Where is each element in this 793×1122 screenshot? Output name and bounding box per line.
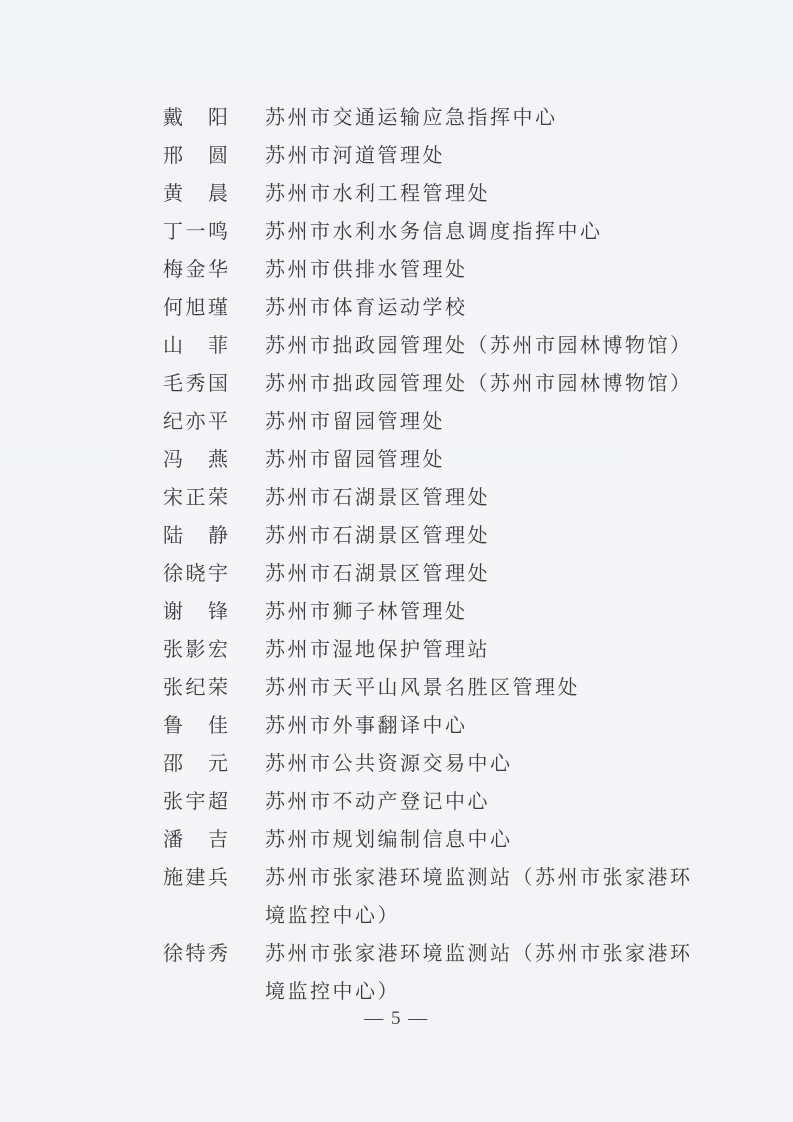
list-item: 徐晓宇苏州市石湖景区管理处 [163,555,699,593]
award-roster-list: 戴 阳苏州市交通运输应急指挥中心邢 圆苏州市河道管理处黄 晨苏州市水利工程管理处… [163,99,699,1011]
person-name: 邵 元 [163,745,231,783]
person-name: 丁一鸣 [163,213,231,251]
person-name: 纪亦平 [163,403,231,441]
person-name: 黄 晨 [163,175,231,213]
page-number: — 5 — [0,1004,793,1034]
list-item: 冯 燕苏州市留园管理处 [163,441,699,479]
person-name: 梅金华 [163,251,231,289]
organization-name: 苏州市石湖景区管理处 [265,555,699,593]
organization-name: 苏州市石湖景区管理处 [265,479,699,517]
list-item: 邵 元苏州市公共资源交易中心 [163,745,699,783]
person-name: 潘 吉 [163,821,231,859]
person-name: 冯 燕 [163,441,231,479]
organization-name: 苏州市规划编制信息中心 [265,821,699,859]
person-name: 山 菲 [163,327,231,365]
person-name: 戴 阳 [163,99,231,137]
list-item: 鲁 佳苏州市外事翻译中心 [163,707,699,745]
organization-name: 苏州市拙政园管理处（苏州市园林博物馆） [265,365,699,403]
list-item: 丁一鸣苏州市水利水务信息调度指挥中心 [163,213,699,251]
list-item: 张纪荣苏州市天平山风景名胜区管理处 [163,669,699,707]
person-name: 张纪荣 [163,669,231,707]
list-item: 潘 吉苏州市规划编制信息中心 [163,821,699,859]
person-name: 何旭瑾 [163,289,231,327]
person-name: 徐特秀 [163,935,231,973]
list-item: 毛秀国苏州市拙政园管理处（苏州市园林博物馆） [163,365,699,403]
list-item: 黄 晨苏州市水利工程管理处 [163,175,699,213]
person-name: 邢 圆 [163,137,231,175]
list-item: 山 菲苏州市拙政园管理处（苏州市园林博物馆） [163,327,699,365]
organization-name: 苏州市留园管理处 [265,403,699,441]
organization-name: 苏州市交通运输应急指挥中心 [265,99,699,137]
list-item: 戴 阳苏州市交通运输应急指挥中心 [163,99,699,137]
organization-name: 苏州市留园管理处 [265,441,699,479]
list-item: 何旭瑾苏州市体育运动学校 [163,289,699,327]
organization-name: 苏州市河道管理处 [265,137,699,175]
list-item: 徐特秀苏州市张家港环境监测站（苏州市张家港环境监控中心） [163,935,699,1011]
person-name: 陆 静 [163,517,231,555]
organization-name: 苏州市水利工程管理处 [265,175,699,213]
list-item: 宋正荣苏州市石湖景区管理处 [163,479,699,517]
organization-name: 苏州市狮子林管理处 [265,593,699,631]
person-name: 鲁 佳 [163,707,231,745]
list-item: 张影宏苏州市湿地保护管理站 [163,631,699,669]
organization-name: 苏州市张家港环境监测站（苏州市张家港环境监控中心） [265,935,699,1011]
list-item: 陆 静苏州市石湖景区管理处 [163,517,699,555]
list-item: 张宇超苏州市不动产登记中心 [163,783,699,821]
person-name: 宋正荣 [163,479,231,517]
organization-name: 苏州市外事翻译中心 [265,707,699,745]
person-name: 徐晓宇 [163,555,231,593]
list-item: 纪亦平苏州市留园管理处 [163,403,699,441]
list-item: 梅金华苏州市供排水管理处 [163,251,699,289]
organization-name: 苏州市不动产登记中心 [265,783,699,821]
organization-name: 苏州市张家港环境监测站（苏州市张家港环境监控中心） [265,859,699,935]
person-name: 毛秀国 [163,365,231,403]
person-name: 施建兵 [163,859,231,897]
person-name: 张宇超 [163,783,231,821]
organization-name: 苏州市供排水管理处 [265,251,699,289]
list-item: 施建兵苏州市张家港环境监测站（苏州市张家港环境监控中心） [163,859,699,935]
organization-name: 苏州市体育运动学校 [265,289,699,327]
document-page: 戴 阳苏州市交通运输应急指挥中心邢 圆苏州市河道管理处黄 晨苏州市水利工程管理处… [0,0,793,1122]
list-item: 邢 圆苏州市河道管理处 [163,137,699,175]
organization-name: 苏州市拙政园管理处（苏州市园林博物馆） [265,327,699,365]
list-item: 谢 锋苏州市狮子林管理处 [163,593,699,631]
organization-name: 苏州市天平山风景名胜区管理处 [265,669,699,707]
organization-name: 苏州市湿地保护管理站 [265,631,699,669]
person-name: 谢 锋 [163,593,231,631]
person-name: 张影宏 [163,631,231,669]
organization-name: 苏州市公共资源交易中心 [265,745,699,783]
organization-name: 苏州市石湖景区管理处 [265,517,699,555]
organization-name: 苏州市水利水务信息调度指挥中心 [265,213,699,251]
